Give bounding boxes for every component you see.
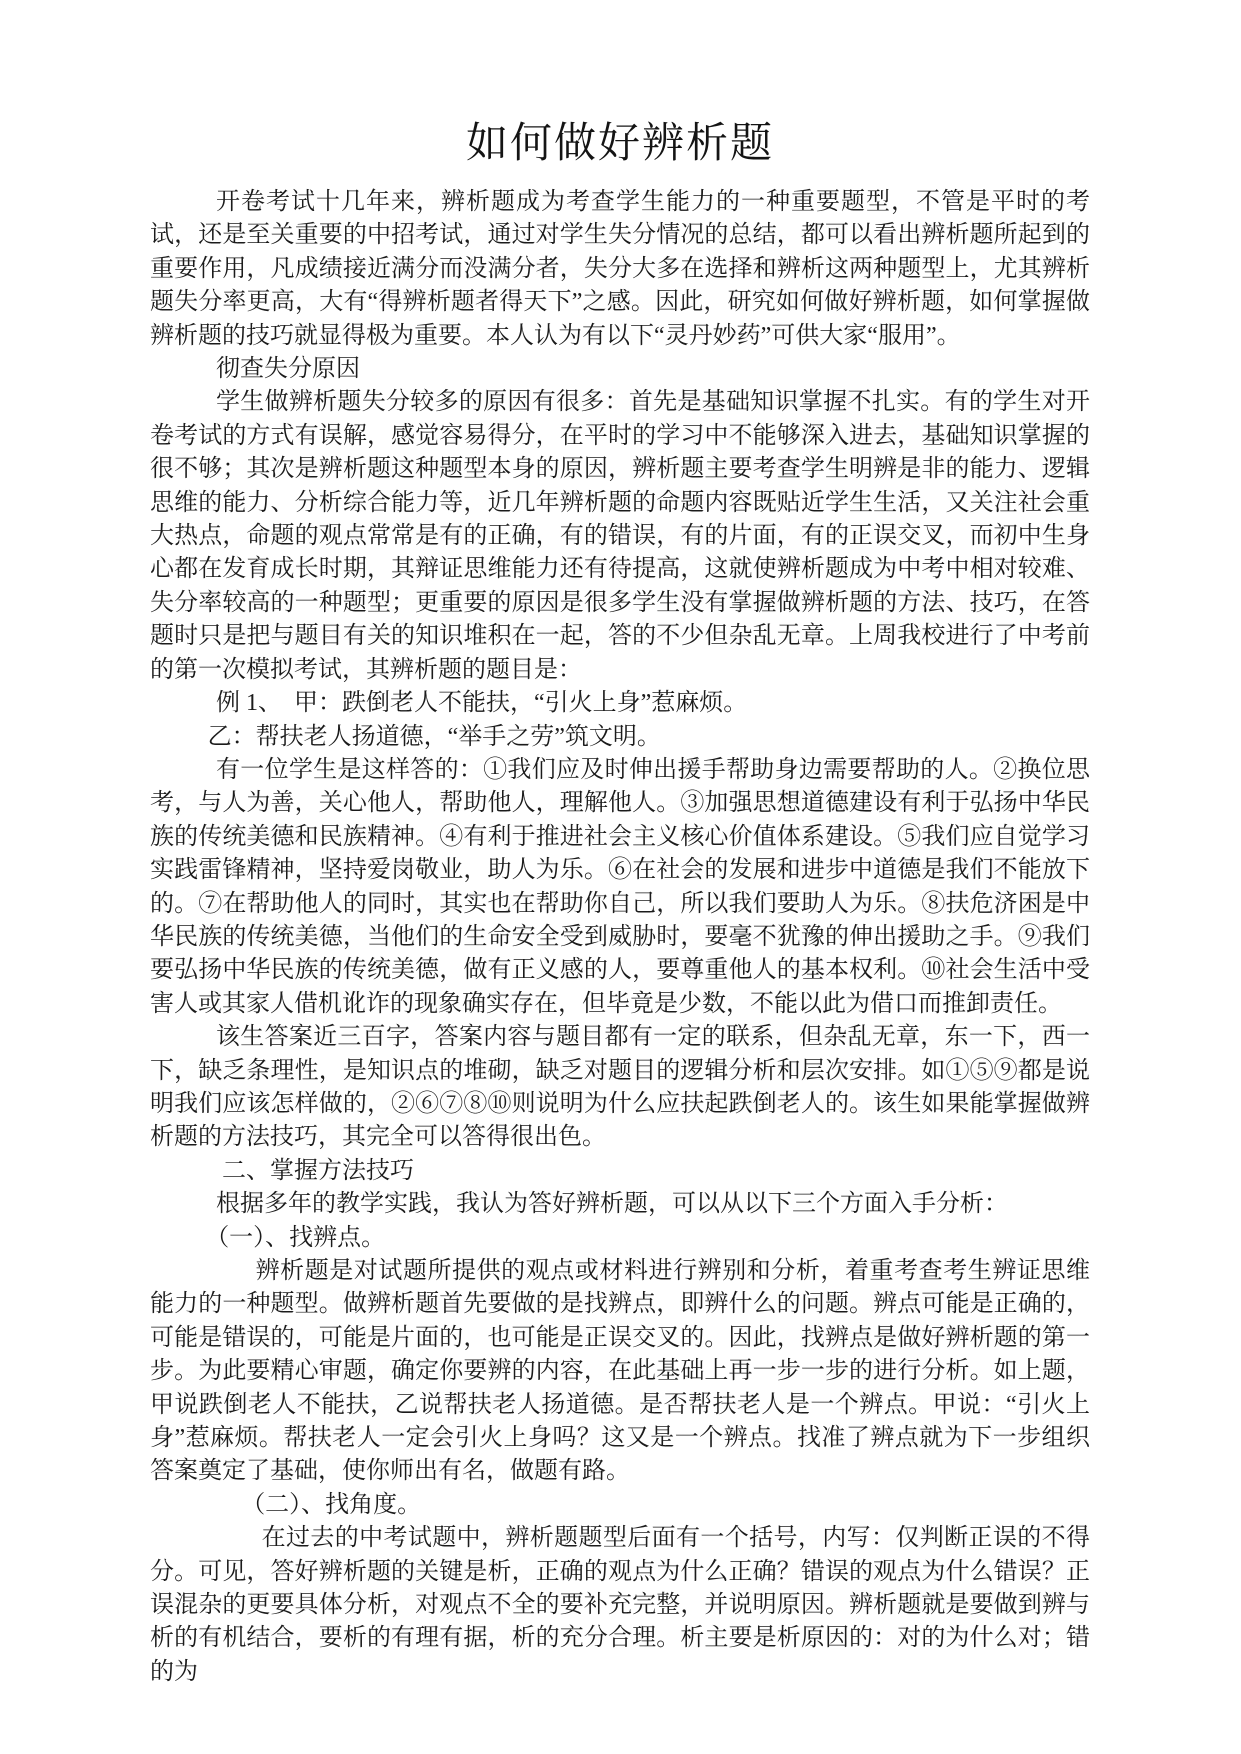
paragraph: 例 1、 甲：跌倒老人不能扶，“引火上身”惹麻烦。 (150, 687, 1090, 720)
paragraph: （二）、找角度。 (150, 1489, 1090, 1522)
paragraph: 辨析题是对试题所提供的观点或材料进行辨别和分析，着重考查考生辨证思维能力的一种题… (150, 1255, 1090, 1489)
document-title: 如何做好辨析题 (150, 118, 1090, 170)
paragraph: 有一位学生是这样答的：①我们应及时伸出援手帮助身边需要帮助的人。②换位思考，与人… (150, 754, 1090, 1021)
paragraph: 二、掌握方法技巧 (150, 1155, 1090, 1188)
paragraph: 彻查失分原因 (150, 353, 1090, 386)
document-page: 如何做好辨析题 开卷考试十几年来，辨析题成为考查学生能力的一种重要题型，不管是平… (0, 0, 1241, 1754)
paragraph: 学生做辨析题失分较多的原因有很多：首先是基础知识掌握不扎实。有的学生对开卷考试的… (150, 386, 1090, 687)
paragraph: 根据多年的教学实践，我认为答好辨析题，可以从以下三个方面入手分析： (150, 1188, 1090, 1221)
paragraph: 该生答案近三百字，答案内容与题目都有一定的联系，但杂乱无章，东一下，西一下，缺乏… (150, 1021, 1090, 1155)
paragraph: 乙：帮扶老人扬道德，“举手之劳”筑文明。 (150, 721, 1090, 754)
paragraph: 在过去的中考试题中，辨析题题型后面有一个括号，内写：仅判断正误的不得分。可见，答… (150, 1522, 1090, 1689)
paragraph: 开卷考试十几年来，辨析题成为考查学生能力的一种重要题型，不管是平时的考试，还是至… (150, 186, 1090, 353)
paragraph: （一）、找辨点。 (150, 1222, 1090, 1255)
document-body: 开卷考试十几年来，辨析题成为考查学生能力的一种重要题型，不管是平时的考试，还是至… (150, 186, 1090, 1689)
